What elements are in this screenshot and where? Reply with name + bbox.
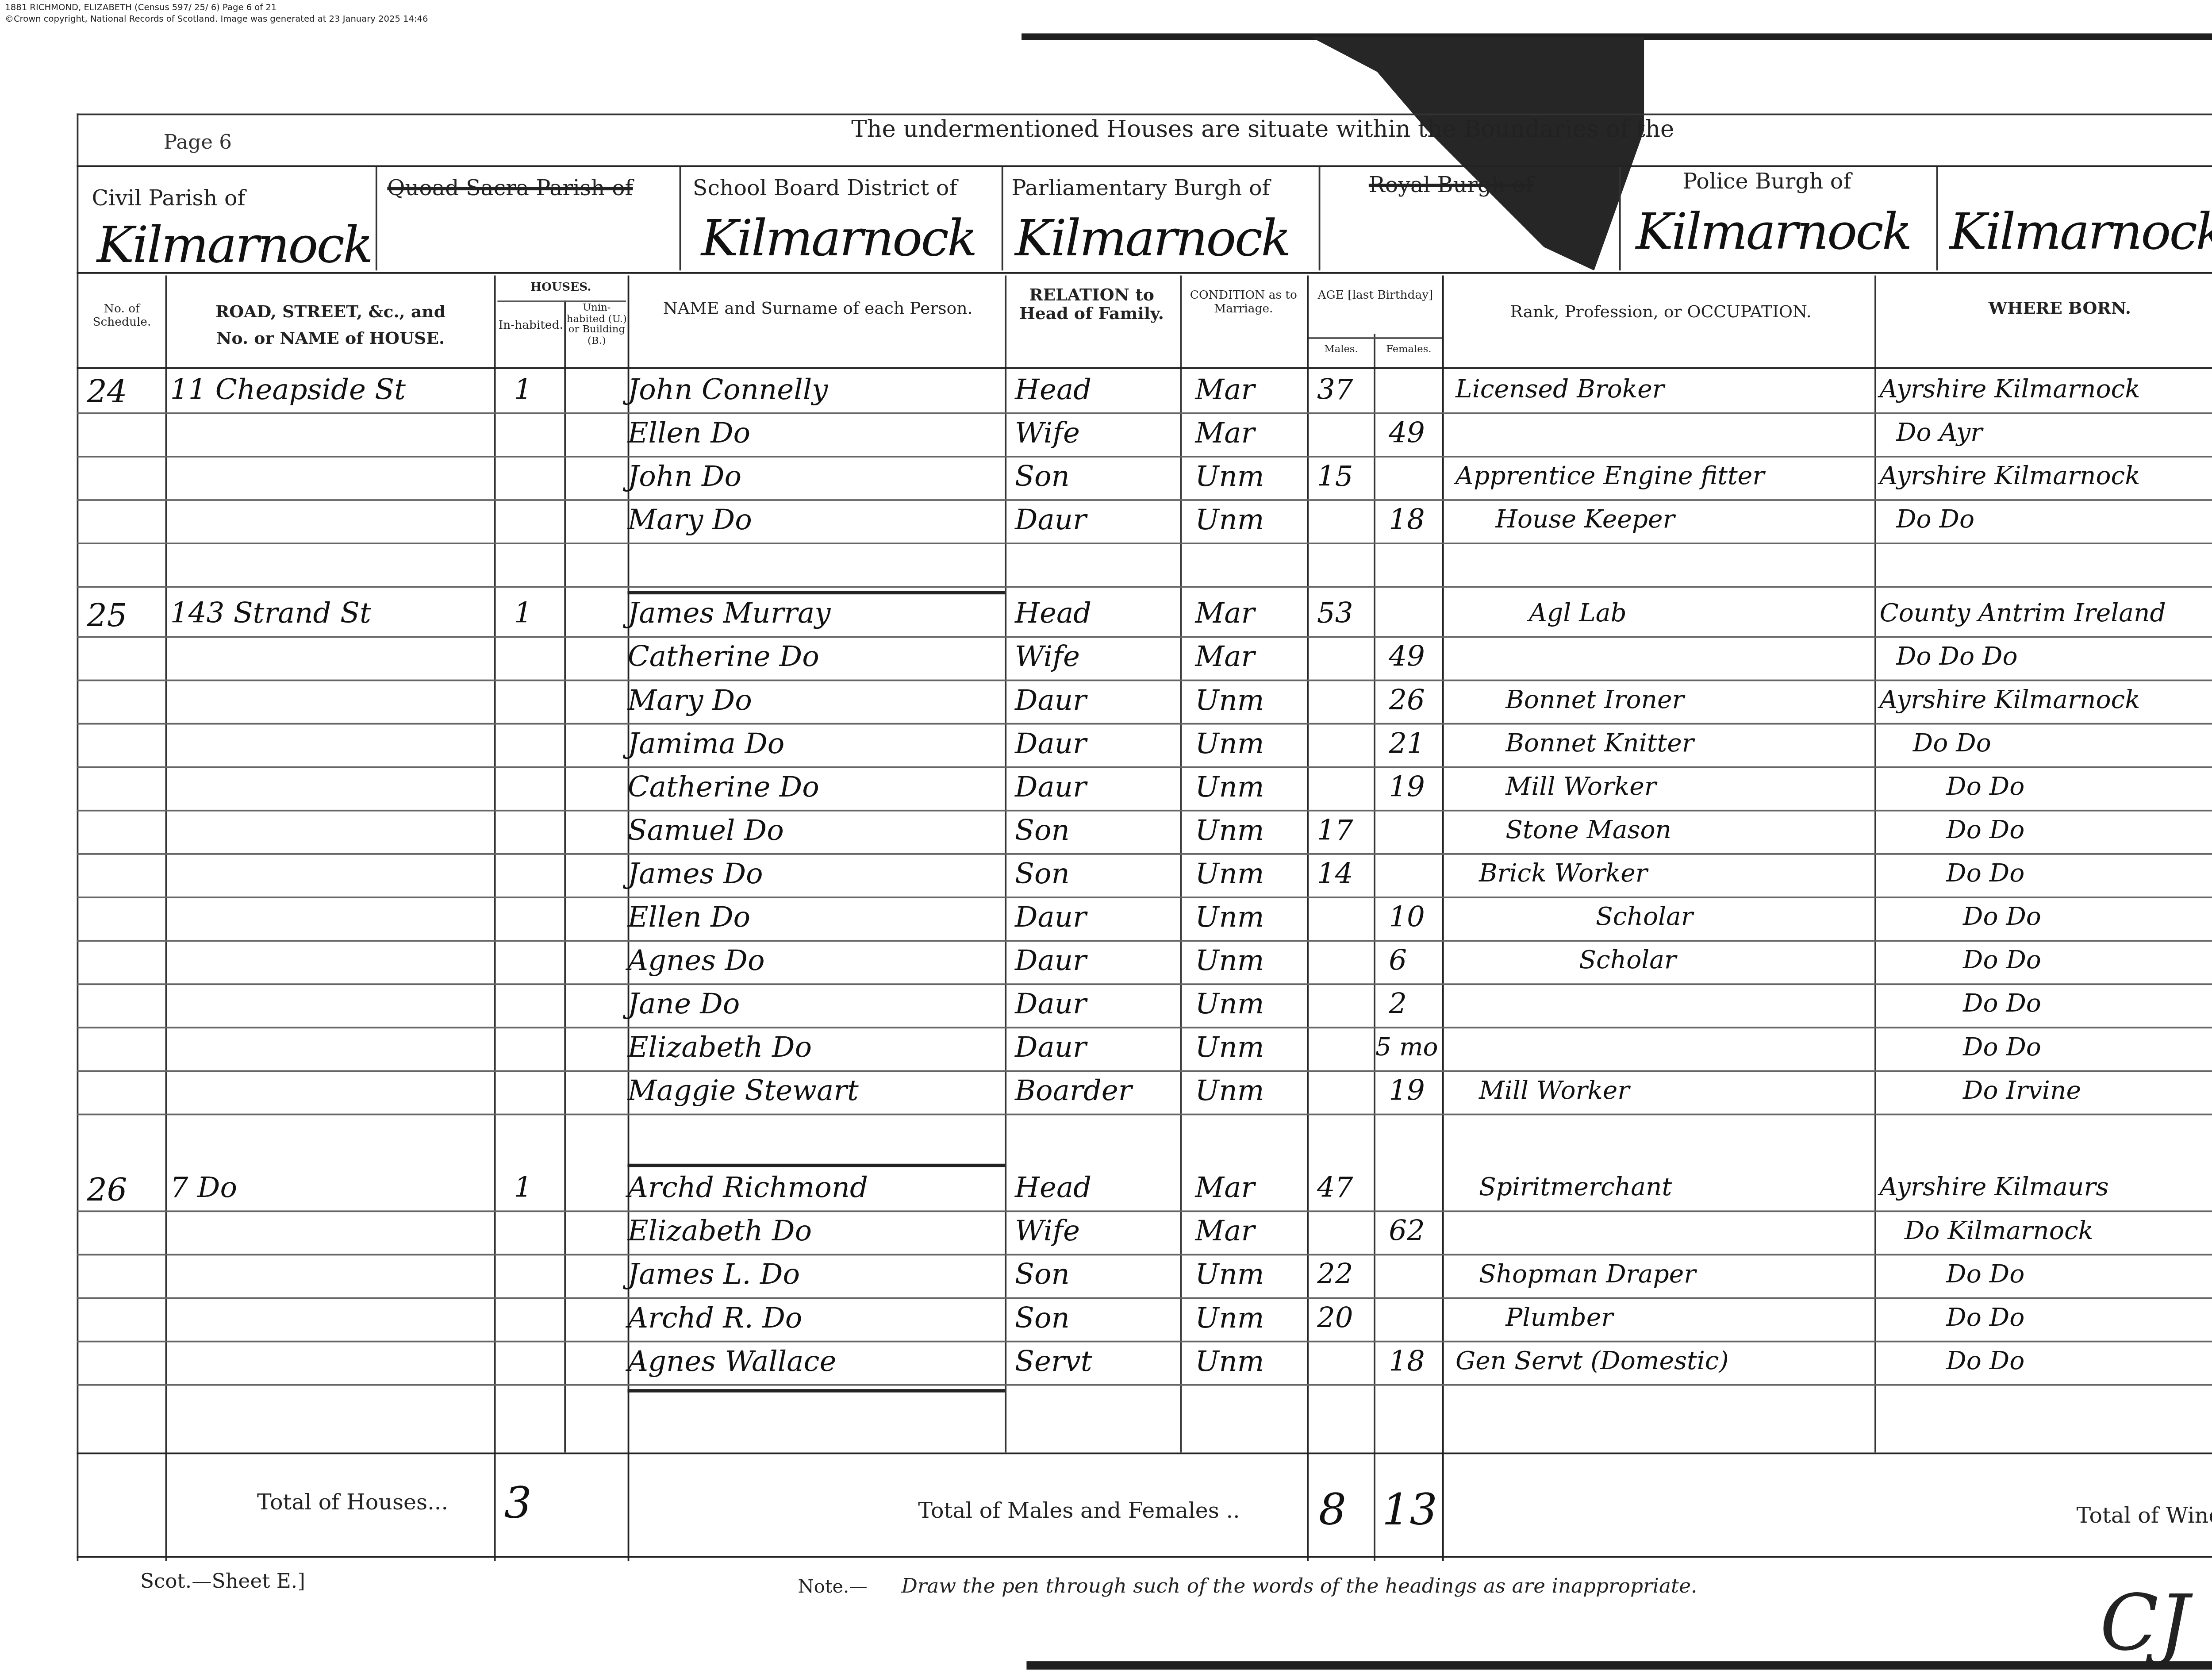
header-uninhabited: Unin-habited (U.) or Building (B.) xyxy=(566,304,628,348)
male-age: 15 xyxy=(1317,461,1353,494)
police-burgh-value: Kilmarnock xyxy=(1636,204,1911,262)
male-age: 20 xyxy=(1317,1302,1353,1335)
person-condition: Mar xyxy=(1195,641,1255,674)
divider xyxy=(1309,337,1442,339)
person-relation: Head xyxy=(1015,1172,1091,1205)
person-row: Ellen Do Wife Mar 49 Do Ayr xyxy=(77,414,2212,458)
person-relation: Son xyxy=(1015,461,1070,494)
person-row: James L. Do Son Unm 22 Shopman Draper Do… xyxy=(77,1255,2212,1299)
divider xyxy=(77,367,2212,369)
person-name: Archd Richmond xyxy=(628,1172,868,1205)
household-separator xyxy=(628,1164,1005,1167)
person-row: Archd Richmond Head Mar 47 Spiritmerchan… xyxy=(77,1169,2212,1212)
female-age: 19 xyxy=(1389,1075,1425,1108)
header-condition: CONDITION as to Marriage. xyxy=(1182,291,1305,316)
person-condition: Mar xyxy=(1195,417,1255,450)
divider xyxy=(1619,167,1621,270)
town-value: Kilmarnock xyxy=(1950,204,2212,262)
person-relation: Son xyxy=(1015,1302,1070,1335)
person-relation: Daur xyxy=(1015,685,1087,718)
school-board-value: Kilmarnock xyxy=(701,210,976,269)
person-relation: Daur xyxy=(1015,1032,1087,1065)
person-condition: Unm xyxy=(1195,504,1264,537)
person-row: Elizabeth Do Wife Mar 62 Do Kilmarnock xyxy=(77,1212,2212,1255)
person-condition: Unm xyxy=(1195,815,1264,848)
female-age: 10 xyxy=(1389,901,1425,935)
parliamentary-burgh-value: Kilmarnock xyxy=(1015,210,1290,269)
person-relation: Son xyxy=(1015,1259,1070,1292)
person-relation: Daur xyxy=(1015,771,1087,804)
person-birthplace: Do Kilmarnock xyxy=(1905,1216,2093,1246)
person-name: Agnes Wallace xyxy=(628,1346,837,1379)
person-row: John Do Son Unm 15 Apprentice Engine fit… xyxy=(77,458,2212,501)
female-age: 49 xyxy=(1389,417,1425,450)
person-occupation: House Keeper xyxy=(1496,504,1675,534)
person-relation: Wife xyxy=(1015,417,1080,450)
person-occupation: Stone Mason xyxy=(1505,815,1671,845)
male-age: 37 xyxy=(1317,374,1353,407)
person-row: Maggie Stewart Boarder Unm 19 Mill Worke… xyxy=(77,1072,2212,1115)
person-birthplace: Do Do xyxy=(1913,728,1991,758)
person-row: Elizabeth Do Daur Unm 5 mo Do Do xyxy=(77,1028,2212,1072)
person-occupation: Bonnet Ironer xyxy=(1505,685,1684,715)
person-row: Agnes Wallace Servt Unm 18 Gen Servt (Do… xyxy=(77,1342,2212,1385)
parliamentary-burgh-label: Parliamentary Burgh of xyxy=(1011,177,1270,202)
header-relation: RELATION to Head of Family. xyxy=(1008,287,1175,324)
household-separator xyxy=(628,591,1005,595)
header-inhabited: In-habited. xyxy=(497,320,564,333)
header-houses: HOUSES. xyxy=(497,281,624,293)
person-name: Elizabeth Do xyxy=(628,1032,812,1065)
person-relation: Wife xyxy=(1015,1216,1080,1249)
person-birthplace: County Antrim Ireland xyxy=(1879,598,2166,628)
person-relation: Daur xyxy=(1015,901,1087,935)
person-occupation: Agl Lab xyxy=(1529,598,1627,628)
civil-parish-label: Civil Parish of xyxy=(92,187,246,212)
divider xyxy=(1936,167,1938,270)
person-occupation: Brick Worker xyxy=(1479,858,1647,888)
person-condition: Unm xyxy=(1195,945,1264,978)
female-age: 18 xyxy=(1389,1346,1425,1379)
person-birthplace: Do Irvine xyxy=(1963,1075,2081,1105)
person-occupation: Scholar xyxy=(1596,901,1693,931)
person-condition: Unm xyxy=(1195,728,1264,761)
person-condition: Unm xyxy=(1195,1346,1264,1379)
person-occupation: Apprentice Engine fitter xyxy=(1455,461,1764,491)
person-occupation: Mill Worker xyxy=(1479,1075,1630,1105)
blank-row xyxy=(77,544,2212,588)
total-houses-label: Total of Houses... xyxy=(257,1491,448,1516)
person-row: Ellen Do Daur Unm 10 Scholar Do Do xyxy=(77,898,2212,942)
person-condition: Unm xyxy=(1195,685,1264,718)
person-name: Mary Do xyxy=(628,685,752,718)
person-relation: Son xyxy=(1015,815,1070,848)
male-age: 47 xyxy=(1317,1172,1353,1205)
school-board-label: School Board District of xyxy=(693,177,957,202)
total-males-value: 8 xyxy=(1319,1486,1346,1536)
header-address-2: No. or NAME of HOUSE. xyxy=(173,331,487,349)
person-birthplace: Do Do xyxy=(1946,1346,2024,1376)
person-occupation: Shopman Draper xyxy=(1479,1259,1696,1289)
person-row: Samuel Do Son Unm 17 Stone Mason Do Do xyxy=(77,812,2212,855)
person-name: Maggie Stewart xyxy=(628,1075,859,1108)
person-birthplace: Ayrshire Kilmarnock xyxy=(1879,461,2140,491)
person-name: Samuel Do xyxy=(628,815,784,848)
person-relation: Son xyxy=(1015,858,1070,891)
person-occupation: Mill Worker xyxy=(1505,771,1656,801)
person-name: Mary Do xyxy=(628,504,752,537)
person-condition: Mar xyxy=(1195,1216,1255,1249)
female-age: 26 xyxy=(1389,685,1425,718)
person-row: James Do Son Unm 14 Brick Worker Do Do xyxy=(77,855,2212,898)
person-occupation: Bonnet Knitter xyxy=(1505,728,1694,758)
person-condition: Mar xyxy=(1195,374,1255,407)
total-rooms-label: Total of Windowed Rooms... xyxy=(2077,1504,2212,1529)
person-relation: Daur xyxy=(1015,504,1087,537)
person-row: Catherine Do Wife Mar 49 Do Do Do xyxy=(77,638,2212,681)
header-females: Females. xyxy=(1375,346,1442,357)
person-birthplace: Do Do xyxy=(1946,858,2024,888)
person-relation: Daur xyxy=(1015,945,1087,978)
person-birthplace: Ayrshire Kilmarnock xyxy=(1879,374,2140,404)
person-row: Agnes Do Daur Unm 6 Scholar Do Do xyxy=(77,942,2212,985)
divider xyxy=(376,167,377,270)
divider xyxy=(77,272,2212,274)
person-condition: Unm xyxy=(1195,1032,1264,1065)
person-row: James Murray Head Mar 53 Agl Lab County … xyxy=(77,594,2212,638)
person-name: Agnes Do xyxy=(628,945,765,978)
person-name: Ellen Do xyxy=(628,417,751,450)
note-prefix: Note.— xyxy=(798,1576,867,1598)
header-where-born: WHERE BORN. xyxy=(1878,300,2212,319)
person-row: Jane Do Daur Unm 2 Do Do xyxy=(77,985,2212,1028)
person-birthplace: Do Do xyxy=(1946,1302,2024,1332)
person-condition: Unm xyxy=(1195,461,1264,494)
person-birthplace: Do Do xyxy=(1963,945,2041,975)
person-birthplace: Ayrshire Kilmarnock xyxy=(1879,685,2140,715)
total-houses-value: 3 xyxy=(504,1479,531,1529)
person-condition: Unm xyxy=(1195,1075,1264,1108)
female-age: 5 mo xyxy=(1375,1032,1438,1062)
person-relation: Daur xyxy=(1015,989,1087,1022)
person-relation: Head xyxy=(1015,374,1091,407)
household-separator xyxy=(628,1389,1005,1393)
female-age: 2 xyxy=(1389,989,1407,1022)
form-title: The undermentioned Houses are situate wi… xyxy=(851,117,1674,143)
person-name: Elizabeth Do xyxy=(628,1216,812,1249)
divider xyxy=(1002,167,1003,270)
person-row: Jamima Do Daur Unm 21 Bonnet Knitter Do … xyxy=(77,724,2212,768)
person-name: Catherine Do xyxy=(628,771,819,804)
person-birthplace: Do Do xyxy=(1963,1032,2041,1062)
person-occupation: Plumber xyxy=(1505,1302,1613,1332)
person-name: James L. Do xyxy=(628,1259,800,1292)
person-birthplace: Do Ayr xyxy=(1896,417,1982,447)
person-name: Jamima Do xyxy=(628,728,785,761)
quoad-sacra-parish-label: Quoad Sacra Parish of xyxy=(387,177,633,202)
person-condition: Unm xyxy=(1195,771,1264,804)
sheet-reference: Scot.—Sheet E.] xyxy=(140,1570,305,1593)
male-age: 14 xyxy=(1317,858,1353,891)
royal-burgh-label: Royal Burgh of xyxy=(1369,173,1533,199)
total-females-value: 13 xyxy=(1382,1486,1437,1536)
person-occupation: Spiritmerchant xyxy=(1479,1172,1672,1202)
header-age: AGE [last Birthday] xyxy=(1309,291,1442,304)
person-name: Catherine Do xyxy=(628,641,819,674)
enumerator-initials: CJ xyxy=(2100,1578,2189,1668)
record-title: 1881 RICHMOND, ELIZABETH (Census 597/ 25… xyxy=(5,5,276,14)
person-condition: Unm xyxy=(1195,1302,1264,1335)
male-age: 53 xyxy=(1317,598,1353,631)
person-condition: Unm xyxy=(1195,1259,1264,1292)
header-address-1: ROAD, STREET, &c., and xyxy=(173,304,487,323)
person-condition: Unm xyxy=(1195,901,1264,935)
person-birthplace: Do Do xyxy=(1946,815,2024,845)
person-relation: Wife xyxy=(1015,641,1080,674)
person-name: Ellen Do xyxy=(628,901,751,935)
header-schedule: No. of Schedule. xyxy=(80,304,164,330)
total-persons-label: Total of Males and Females .. xyxy=(918,1499,1240,1524)
person-name: John Connelly xyxy=(628,374,828,407)
person-relation: Boarder xyxy=(1015,1075,1132,1108)
person-row: John Connelly Head Mar 37 Licensed Broke… xyxy=(77,371,2212,414)
person-occupation: Licensed Broker xyxy=(1455,374,1664,404)
person-condition: Mar xyxy=(1195,1172,1255,1205)
female-age: 62 xyxy=(1389,1216,1425,1249)
female-age: 18 xyxy=(1389,504,1425,537)
person-row: Mary Do Daur Unm 18 House Keeper Do Do xyxy=(77,501,2212,544)
female-age: 19 xyxy=(1389,771,1425,804)
person-row: Archd R. Do Son Unm 20 Plumber Do Do xyxy=(77,1299,2212,1342)
male-age: 22 xyxy=(1317,1259,1353,1292)
person-name: John Do xyxy=(628,461,741,494)
person-row: Catherine Do Daur Unm 19 Mill Worker Do … xyxy=(77,768,2212,812)
page-number: Page 6 xyxy=(164,130,232,154)
person-birthplace: Do Do xyxy=(1946,1259,2024,1289)
divider xyxy=(77,1556,2212,1558)
person-condition: Unm xyxy=(1195,858,1264,891)
male-age: 17 xyxy=(1317,815,1353,848)
page-edge-shadow xyxy=(1026,1661,2212,1670)
person-occupation: Scholar xyxy=(1579,945,1676,975)
police-burgh-label: Police Burgh of xyxy=(1682,170,1851,196)
note-text: Draw the pen through such of the words o… xyxy=(901,1574,1697,1598)
person-name: Jane Do xyxy=(628,989,740,1022)
person-birthplace: Do Do xyxy=(1963,989,2041,1019)
census-page: 1881 RICHMOND, ELIZABETH (Census 597/ 25… xyxy=(0,0,2212,1674)
header-males: Males. xyxy=(1309,346,1374,357)
person-condition: Mar xyxy=(1195,598,1255,631)
copyright-notice: ©Crown copyright, National Records of Sc… xyxy=(5,17,428,26)
person-birthplace: Do Do xyxy=(1896,504,1974,534)
person-name: James Murray xyxy=(628,598,831,631)
person-occupation: Gen Servt (Domestic) xyxy=(1455,1346,1729,1376)
person-name: Archd R. Do xyxy=(628,1302,803,1335)
divider xyxy=(77,165,2212,167)
divider xyxy=(77,1453,2212,1455)
person-name: James Do xyxy=(628,858,763,891)
person-birthplace: Do Do Do xyxy=(1896,641,2017,671)
person-birthplace: Do Do xyxy=(1963,901,2041,931)
person-relation: Daur xyxy=(1015,728,1087,761)
header-occupation: Rank, Profession, or OCCUPATION. xyxy=(1452,304,1870,323)
person-relation: Servt xyxy=(1015,1346,1092,1379)
person-birthplace: Ayrshire Kilmaurs xyxy=(1879,1172,2108,1202)
divider xyxy=(1319,167,1321,270)
female-age: 6 xyxy=(1389,945,1407,978)
person-birthplace: Do Do xyxy=(1946,771,2024,801)
civil-parish-value: Kilmarnock xyxy=(97,217,372,275)
person-row: Mary Do Daur Unm 26 Bonnet Ironer Ayrshi… xyxy=(77,681,2212,724)
divider xyxy=(680,167,681,270)
person-relation: Head xyxy=(1015,598,1091,631)
female-age: 21 xyxy=(1389,728,1425,761)
female-age: 49 xyxy=(1389,641,1425,674)
person-condition: Unm xyxy=(1195,989,1264,1022)
header-name: NAME and Surname of each Person. xyxy=(643,300,993,319)
